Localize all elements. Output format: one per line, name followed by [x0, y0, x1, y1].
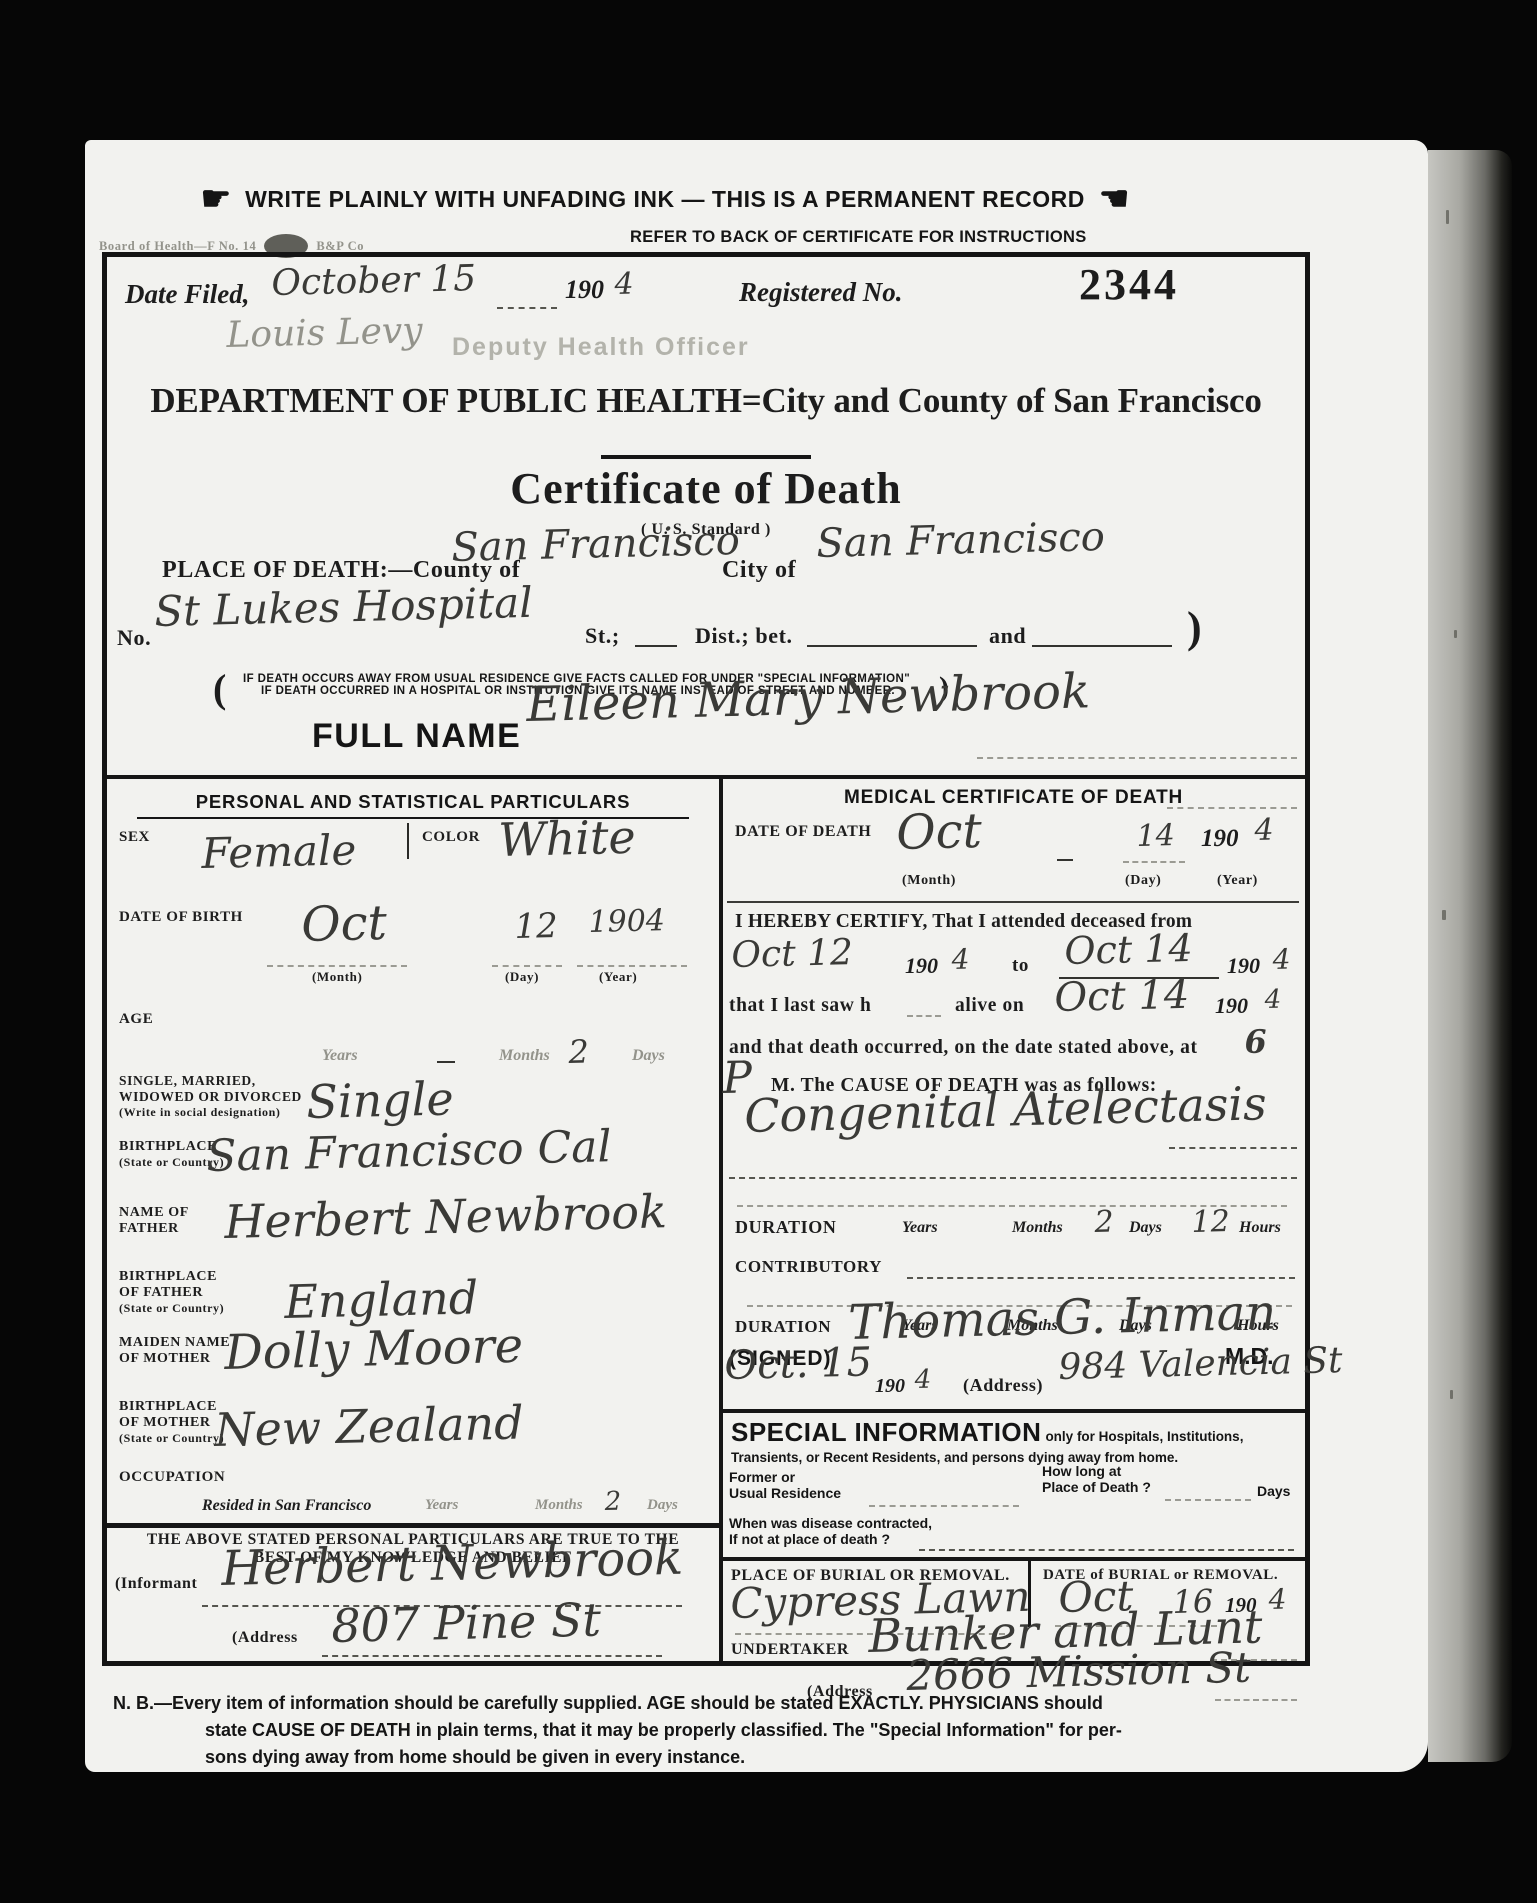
attended-to-label: to [1012, 955, 1029, 977]
sex-color-tick [407, 823, 409, 859]
page-edge-mark [1442, 910, 1446, 920]
refer-to-back-note: REFER TO BACK OF CERTIFICATE FOR INSTRUC… [630, 228, 1062, 247]
sex-label: SEX [119, 829, 150, 846]
page-edge-mark [1446, 210, 1449, 224]
date-filed-label: Date Filed, [125, 279, 249, 310]
undertaker-label: UNDERTAKER [731, 1641, 849, 1659]
dob-month-caption: (Month) [312, 969, 362, 985]
center-divider [719, 779, 723, 1661]
special-information-title: SPECIAL INFORMATION [731, 1417, 1041, 1447]
age-dash [437, 1059, 455, 1063]
father-name-label: NAME OF FATHER [119, 1205, 189, 1237]
city-of-label: City of [722, 557, 796, 584]
title-rule [601, 455, 811, 459]
special-info-top-rule [722, 1409, 1305, 1413]
father-name-value: Herbert Newbrook [224, 1184, 668, 1249]
marital-status-label: SINGLE, MARRIED, WIDOWED OR DIVORCED (Wr… [119, 1073, 302, 1120]
dob-day-value: 12 [514, 906, 558, 947]
city-value: San Francisco [816, 514, 1105, 567]
last-saw-pre: that I last saw h [729, 995, 871, 1017]
disease-contracted-fill [919, 1547, 1294, 1551]
pointing-hand-right-icon: ☛ [201, 182, 231, 216]
burial-top-rule [722, 1557, 1305, 1561]
dod-day-line [1123, 859, 1185, 863]
county-value: San Francisco [451, 518, 740, 571]
informant-address-fill-line [322, 1653, 662, 1657]
district-fill-line [807, 643, 977, 647]
page-edge-mark [1454, 630, 1457, 638]
footer-note-line3: sons dying away from home should be give… [113, 1744, 1143, 1771]
dod-dash [1057, 857, 1073, 861]
duration-months-label: Months [1012, 1219, 1063, 1237]
duration-months-value: 2 [1094, 1205, 1114, 1240]
registered-number: 2344 [1079, 259, 1179, 310]
mother-maiden-name-label: MAIDEN NAME OF MOTHER [119, 1335, 230, 1367]
resided-months-value: 2 [604, 1487, 621, 1517]
last-saw-date: Oct 14 [1054, 972, 1190, 1021]
occupation-label: OCCUPATION [119, 1469, 225, 1486]
footer-note: N. B.—Every item of information should b… [113, 1690, 1143, 1771]
duration-years-label: Years [902, 1219, 938, 1237]
age-years-label: Years [322, 1047, 358, 1065]
death-occurred-line: and that death occurred, on the date sta… [729, 1037, 1198, 1059]
certificate-title: Certificate of Death [107, 463, 1305, 514]
disease-contracted-label: When was disease contracted, If not at p… [729, 1515, 932, 1547]
how-long-label: How long at Place of Death ? [1042, 1463, 1151, 1495]
signed-year-digit: 4 [914, 1365, 931, 1395]
attended-from-year-printed: 190 [905, 953, 938, 979]
attended-to-year-digit: 4 [1272, 943, 1291, 976]
and-label: and [989, 623, 1026, 649]
duration-hours-label: Hours [1239, 1219, 1281, 1237]
district-label: Dist.; bet. [695, 623, 793, 649]
dob-day-caption: (Day) [505, 969, 539, 985]
dod-month-caption: (Month) [902, 873, 956, 889]
resided-months-label: Months [535, 1497, 583, 1514]
columns-top-rule [107, 775, 1305, 779]
date-filed-year-printed: 190 [565, 275, 604, 305]
closing-paren: ) [1187, 602, 1202, 653]
birthplace-value: San Francisco Cal [206, 1121, 612, 1182]
dod-year-printed: 190 [1201, 825, 1239, 853]
undertaker-address-fill [1215, 1697, 1297, 1701]
medical-header-line [1167, 805, 1297, 809]
informant-address-label: (Address [232, 1629, 298, 1647]
resided-label: Resided in San Francisco [202, 1497, 371, 1515]
permanent-record-banner: ☛ WRITE PLAINLY WITH UNFADING INK — THIS… [185, 182, 1145, 216]
sex-value: Female [201, 825, 357, 878]
dob-month-value: Oct [301, 895, 388, 953]
dod-year-digit: 4 [1254, 813, 1274, 848]
attestation-rule [107, 1523, 719, 1528]
health-officer-title-stamp: Deputy Health Officer [452, 333, 750, 362]
special-information-block: SPECIAL INFORMATION only for Hospitals, … [731, 1417, 1299, 1467]
duration2-label: DURATION [735, 1317, 831, 1337]
mother-maiden-name-value: Dolly Moore [224, 1318, 524, 1381]
banner-warning-text: WRITE PLAINLY WITH UNFADING INK — THIS I… [245, 186, 1085, 213]
color-label: COLOR [422, 829, 480, 846]
cause-fill-line2 [729, 1175, 1297, 1179]
page-edge-mark [1450, 1390, 1453, 1399]
institution-value: St Lukes Hospital [154, 578, 533, 636]
department-title: DEPARTMENT OF PUBLIC HEALTH=City and Cou… [107, 381, 1305, 421]
certificate-page: ☛ WRITE PLAINLY WITH UNFADING INK — THIS… [85, 140, 1428, 1772]
dod-day-value: 14 [1136, 818, 1175, 854]
physician-address-value: 984 Valencia St [1058, 1340, 1343, 1388]
dob-year-value: 1904 [588, 903, 665, 940]
dob-month-line [267, 963, 407, 967]
signed-year-printed: 190 [875, 1375, 905, 1398]
date-filed-fill-line [497, 305, 557, 309]
cause-of-death-value: Congenital Atelectasis [744, 1076, 1268, 1143]
death-hour-value: 6 [1244, 1022, 1267, 1061]
last-saw-year-printed: 190 [1215, 993, 1248, 1019]
informant-address-value: 807 Pine St [331, 1592, 602, 1653]
contributory-fill-line [907, 1275, 1295, 1279]
attended-to-date: Oct 14 [1064, 926, 1193, 973]
dob-year-line [577, 963, 687, 967]
father-birthplace-label: BIRTHPLACE OF FATHER (State or Country) [119, 1269, 224, 1316]
age-months-label: Months [499, 1047, 550, 1065]
marital-status-value: Single [306, 1071, 455, 1129]
pointing-hand-left-icon: ☚ [1099, 182, 1129, 216]
registered-no-label: Registered No. [739, 277, 902, 308]
mother-birthplace-label: BIRTHPLACE OF MOTHER (State or Country) [119, 1399, 224, 1446]
health-officer-signature: Louis Levy [226, 310, 423, 356]
former-residence-label: Former or Usual Residence [729, 1469, 841, 1501]
contributory-label: CONTRIBUTORY [735, 1257, 882, 1277]
date-filed-value: October 15 [271, 258, 477, 304]
and-fill-line [1032, 643, 1172, 647]
age-label: AGE [119, 1011, 153, 1028]
dob-day-line [492, 963, 562, 967]
footer-note-line1: N. B.—Every item of information should b… [113, 1690, 1143, 1717]
street-fill-line [635, 643, 677, 647]
last-saw-mid: alive on [955, 995, 1024, 1017]
attended-from-year-digit: 4 [951, 943, 970, 976]
dob-year-caption: (Year) [599, 969, 637, 985]
informant-label: (Informant [115, 1575, 197, 1593]
mother-birthplace-value: New Zealand [214, 1395, 525, 1457]
no-label: No. [117, 625, 151, 651]
date-filed-year-digit: 4 [614, 267, 634, 302]
full-name-label: FULL NAME [312, 717, 521, 756]
duration-label: DURATION [735, 1217, 836, 1238]
note-open-paren: ( [213, 665, 227, 712]
attended-from-date: Oct 12 [731, 932, 853, 976]
dod-year-caption: (Year) [1217, 873, 1258, 889]
last-saw-year-digit: 4 [1264, 985, 1281, 1015]
signed-date-value: Oct. 15 [724, 1339, 873, 1389]
cause-fill-line1 [1169, 1145, 1297, 1149]
dod-day-caption: (Day) [1125, 873, 1161, 889]
duration-days-value: 12 [1191, 1204, 1230, 1240]
former-residence-fill [869, 1503, 1019, 1507]
street-label: St.; [585, 623, 620, 649]
age-days-label: Days [632, 1047, 665, 1065]
physician-signature: Thomas G. Inman [848, 1285, 1277, 1351]
dod-month-value: Oct [896, 803, 983, 861]
color-value: White [498, 810, 637, 867]
date-of-death-label: DATE OF DEATH [735, 823, 871, 841]
last-saw-blank [907, 1013, 941, 1017]
certificate-border-box: Date Filed, October 15 190 4 Registered … [102, 252, 1310, 1666]
duration-days-label: Days [1129, 1219, 1162, 1237]
attended-to-year-printed: 190 [1227, 953, 1260, 979]
date-of-birth-label: DATE OF BIRTH [119, 909, 243, 926]
resided-days-label: Days [647, 1497, 678, 1514]
resided-years-label: Years [425, 1497, 458, 1514]
book-page-edge [1428, 150, 1512, 1762]
physician-address-label: (Address) [963, 1375, 1043, 1396]
full-name-fill-line [977, 755, 1297, 759]
certify-top-line [727, 901, 1299, 903]
burial-year-digit: 4 [1268, 1583, 1287, 1616]
how-long-fill [1165, 1497, 1251, 1501]
footer-note-line2: state CAUSE OF DEATH in plain terms, tha… [113, 1717, 1143, 1744]
how-long-days-label: Days [1257, 1483, 1290, 1499]
age-months-value: 2 [568, 1033, 589, 1071]
informant-value: Herbert Newbrook [221, 1530, 684, 1597]
